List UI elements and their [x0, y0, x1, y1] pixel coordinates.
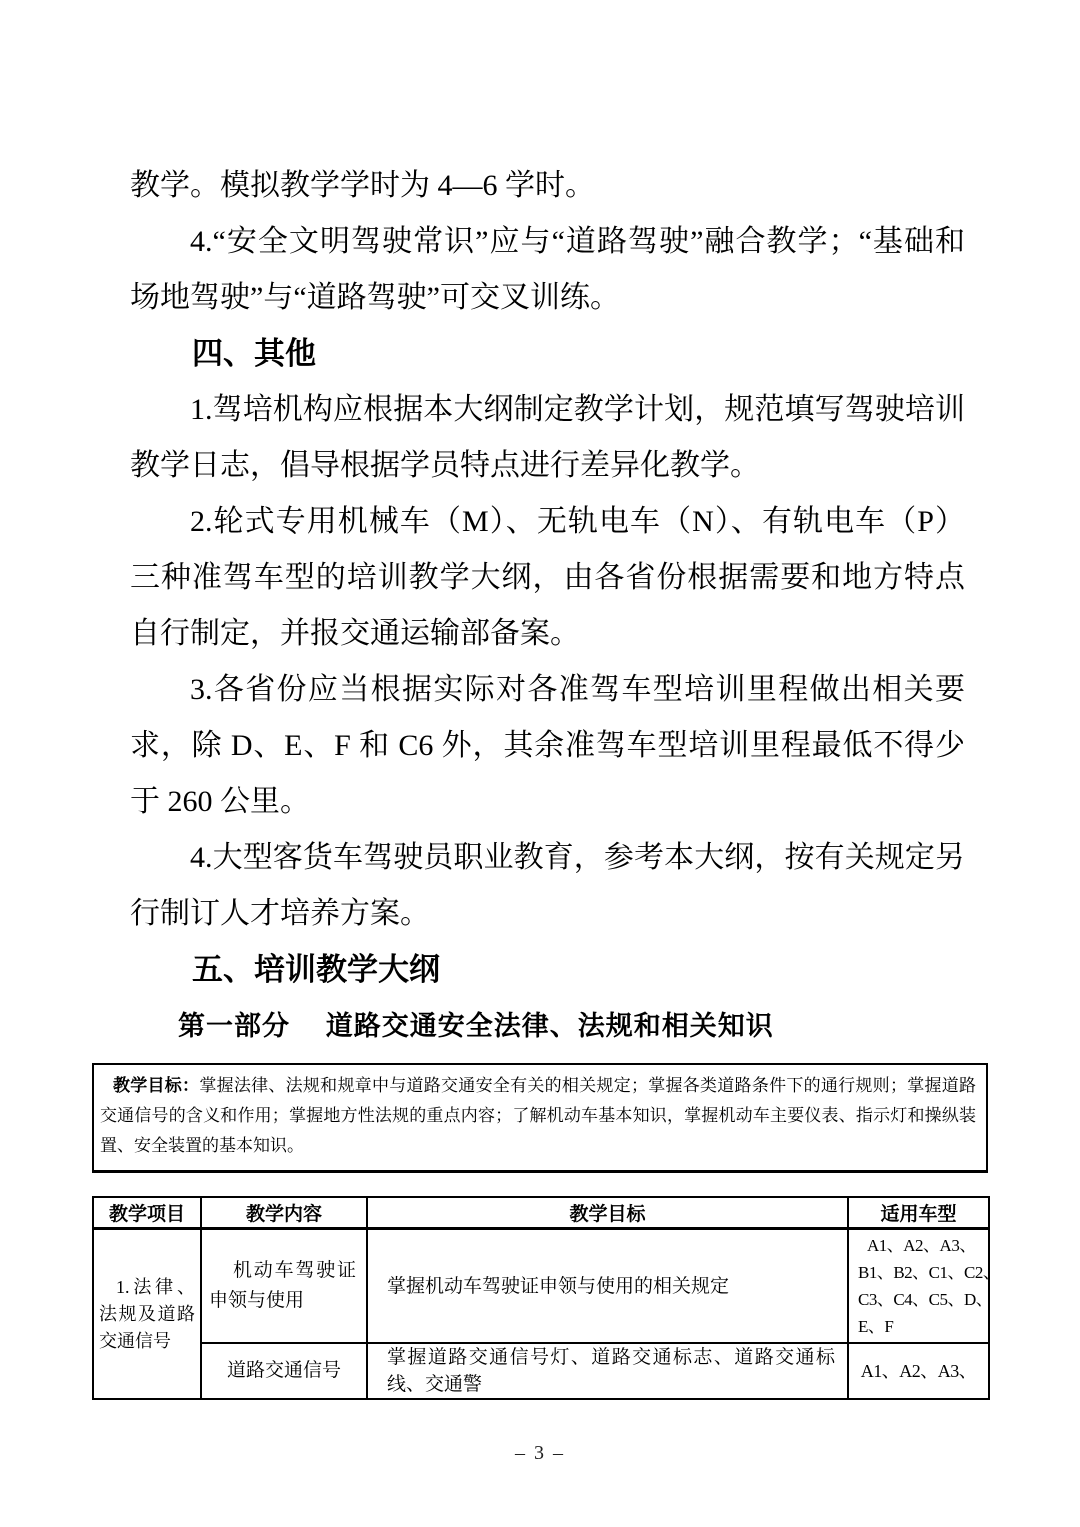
cell-project-laws-regulations-signals: 1.法律、法规及道路交通信号: [93, 1229, 201, 1400]
teaching-objectives-box: 教学目标：掌握法律、法规和规章中与道路交通安全有关的相关规定；掌握各类道路条件下…: [92, 1063, 988, 1173]
paragraph-other-1-teaching-plan: 1.驾培机构应根据本大纲制定教学计划，规范填写驾驶培训教学日志，倡导根据学员特点…: [130, 382, 965, 494]
heading-section-five-training-outline: 五、培训教学大纲: [130, 942, 965, 998]
table-header-applicable-models: 适用车型: [848, 1197, 989, 1229]
syllabus-table: 教学项目 教学内容 教学目标 适用车型 1.法律、法规及道路交通信号 机动车驾驶…: [92, 1196, 990, 1400]
syllabus-table-header-row: 教学项目 教学内容 教学目标 适用车型: [93, 1197, 989, 1229]
paragraph-other-3-training-mileage: 3.各省份应当根据实际对各准驾车型培训里程做出相关要求，除 D、E、F 和 C6…: [130, 662, 965, 830]
table-header-teaching-objective: 教学目标: [367, 1197, 848, 1229]
teaching-objectives-body: 掌握法律、法规和规章中与道路交通安全有关的相关规定；掌握各类道路条件下的通行规则…: [100, 1076, 976, 1155]
paragraph-item4-integrated-teaching: 4.“安全文明驾驶常识”应与“道路驾驶”融合教学；“基础和场地驾驶”与“道路驾驶…: [130, 214, 965, 326]
page-number: – 3 –: [92, 1442, 988, 1465]
document-page: 教学。模拟教学学时为 4—6 学时。 4.“安全文明驾驶常识”应与“道路驾驶”融…: [0, 0, 1080, 1527]
model-line: B1、B2、C1、C2、: [858, 1259, 984, 1286]
table-header-teaching-content: 教学内容: [201, 1197, 367, 1229]
heading-part-one-road-traffic-safety-laws: 第一部分 道路交通安全法律、法规和相关知识: [178, 998, 988, 1054]
cell-models-license-application: A1、A2、A3、 B1、B2、C1、C2、 C3、C4、C5、D、 E、F: [848, 1229, 989, 1344]
cell-content-road-traffic-signals: 道路交通信号: [201, 1343, 367, 1399]
teaching-objectives-text: 教学目标：掌握法律、法规和规章中与道路交通安全有关的相关规定；掌握各类道路条件下…: [100, 1071, 976, 1161]
cell-objective-license-application: 掌握机动车驾驶证申领与使用的相关规定: [367, 1229, 848, 1344]
cell-models-road-traffic-signals: A1、A2、A3、: [848, 1343, 989, 1399]
model-line: E、F: [858, 1313, 984, 1340]
model-line: A1、A2、A3、: [849, 1358, 988, 1385]
teaching-objectives-label: 教学目标：: [113, 1076, 199, 1095]
cell-objective-road-traffic-signals: 掌握道路交通信号灯、道路交通标志、道路交通标线、交通警: [367, 1343, 848, 1399]
table-header-teaching-project: 教学项目: [93, 1197, 201, 1229]
heading-section-four-other: 四、其他: [130, 326, 965, 382]
page-content: 教学。模拟教学学时为 4—6 学时。 4.“安全文明驾驶常识”应与“道路驾驶”融…: [92, 158, 988, 1465]
model-line: A1、A2、A3、: [858, 1232, 984, 1259]
cell-content-license-application: 机动车驾驶证申领与使用: [201, 1229, 367, 1344]
paragraph-other-2-special-vehicles: 2.轮式专用机械车（M）、无轨电车（N）、有轨电车（P）三种准驾车型的培训教学大…: [130, 494, 965, 662]
table-row: 道路交通信号 掌握道路交通信号灯、道路交通标志、道路交通标线、交通警 A1、A2…: [93, 1343, 989, 1399]
paragraph-simulated-teaching-hours: 教学。模拟教学学时为 4—6 学时。: [130, 158, 965, 214]
table-row: 1.法律、法规及道路交通信号 机动车驾驶证申领与使用 掌握机动车驾驶证申领与使用…: [93, 1229, 989, 1344]
paragraph-other-4-vocational-education: 4.大型客货车驾驶员职业教育，参考本大纲，按有关规定另行制订人才培养方案。: [130, 830, 965, 942]
model-line: C3、C4、C5、D、: [858, 1286, 984, 1313]
